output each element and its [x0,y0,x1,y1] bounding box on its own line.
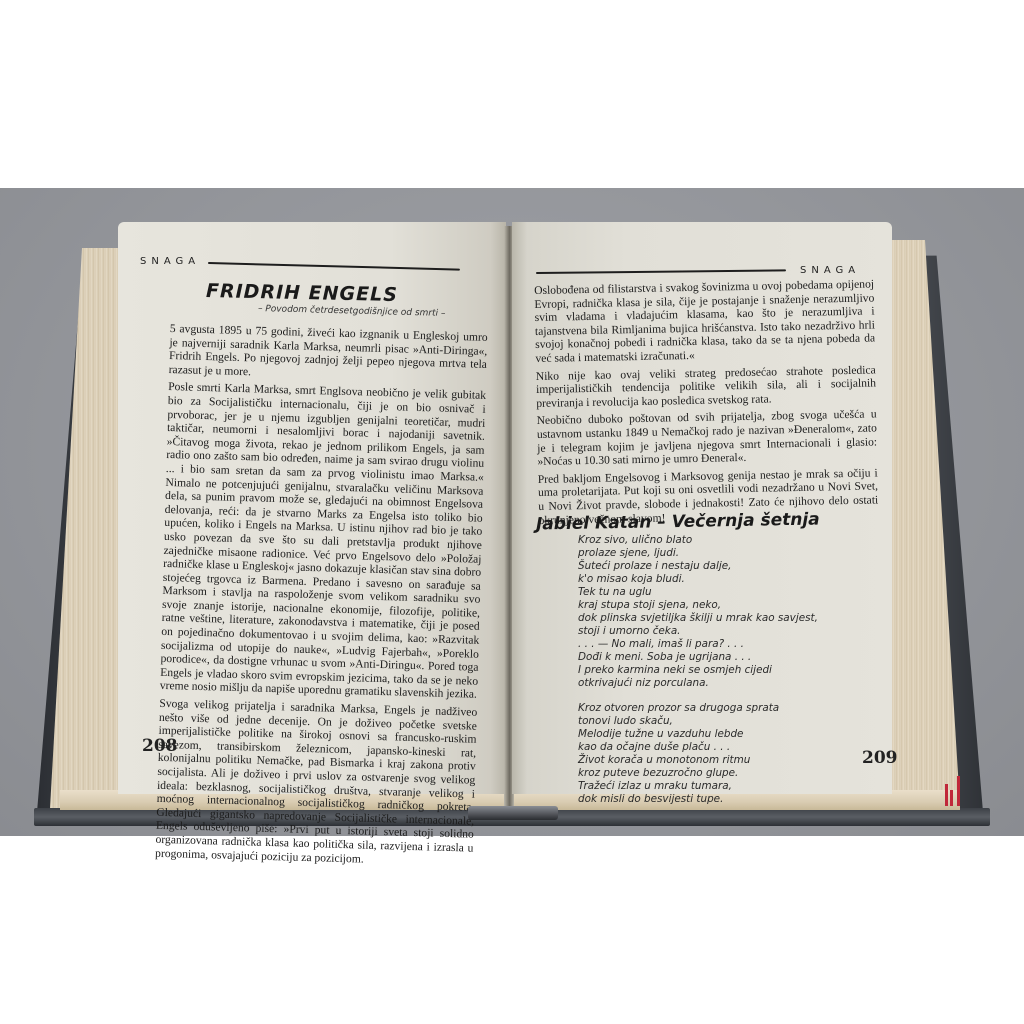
header-rule-left [208,262,460,271]
poem: Kroz sivo, ulično blato prolaze sjene, l… [578,534,818,818]
article-subtitle: – Povodom četrdesetgodišnjice od smrti – [258,304,446,319]
poem-line: k'o misao koja bludi. [578,573,818,586]
red-edge-marks [945,760,965,806]
poem-line: Dođi k meni. Soba je ugrijana . . . [578,651,818,664]
paragraph: Oslobođena od filistarstva i svakog šovi… [534,277,876,365]
header-rule-right [536,269,786,274]
paragraph: Posle smrti Karla Marksa, smrt Englsova … [160,380,487,701]
poem-line: Tek tu na uglu [578,586,818,599]
poem-line: Tražeći izlaz u mraku tumara, [578,780,818,793]
article-body-right: Oslobođena od filistarstva i svakog šovi… [534,277,879,531]
poem-stanza: Kroz otvoren prozor sa drugoga sprata to… [578,702,818,806]
article-title: FRIDRIH ENGELS [206,280,398,306]
right-page: SNAGA Oslobođena od filistarstva i svako… [512,222,892,794]
running-head-right: SNAGA [800,265,860,276]
poem-stanza: Kroz sivo, ulično blato prolaze sjene, l… [578,534,818,690]
poem-line: dok misli do besvijesti tupe. [578,793,818,806]
poem-line: kao da očajne duše plaču . . . [578,741,818,754]
page-number-right: 209 [862,748,898,768]
poem-line: tonovi ludo skaču, [578,715,818,728]
paragraph: Svoga velikog prijatelja i saradnika Mar… [155,697,477,869]
poem-line: otkrivajući niz porculana. [578,677,818,690]
poem-line: kraj stupa stoji sjena, neko, [578,599,818,612]
poem-line: Kroz otvoren prozor sa drugoga sprata [578,702,818,715]
paragraph: 5 avgusta 1895 u 75 godini, živeći kao i… [168,322,487,385]
poem-line: Melodije tužne u vazduhu lebde [578,728,818,741]
poem-line: prolaze sjene, ljudi. [578,547,818,560]
paragraph: Neobično duboko poštovan od svih prijate… [537,408,878,469]
poem-line: kroz puteve bezuzročno glupe. [578,767,818,780]
running-head-left: SNAGA [140,256,200,267]
poem-line: Šuteći prolaze i nestaju dalje, [578,560,818,573]
left-page: SNAGA FRIDRIH ENGELS – Povodom četrdeset… [118,222,506,794]
poem-line: Kroz sivo, ulično blato [578,534,818,547]
page-number-left: 208 [142,736,178,756]
article-body-left: 5 avgusta 1895 u 75 godini, živeći kao i… [155,322,488,873]
book-spine-bottom [468,806,558,820]
poem-line: I preko karmina neki se osmjeh cijedi [578,664,818,677]
poem-line: Život korača u monotonom ritmu [578,754,818,767]
poem-title: Jabiel Katan – Večernja šetnja [536,510,820,535]
poem-line: dok plinska svjetiljka škilji u mrak kao… [578,612,818,625]
paragraph: Niko nije kao ovaj veliki strateg predos… [536,363,877,410]
poem-line: . . . — No mali, imaš li para? . . . [578,638,818,651]
poem-line: stoji i umorno čeka. [578,625,818,638]
